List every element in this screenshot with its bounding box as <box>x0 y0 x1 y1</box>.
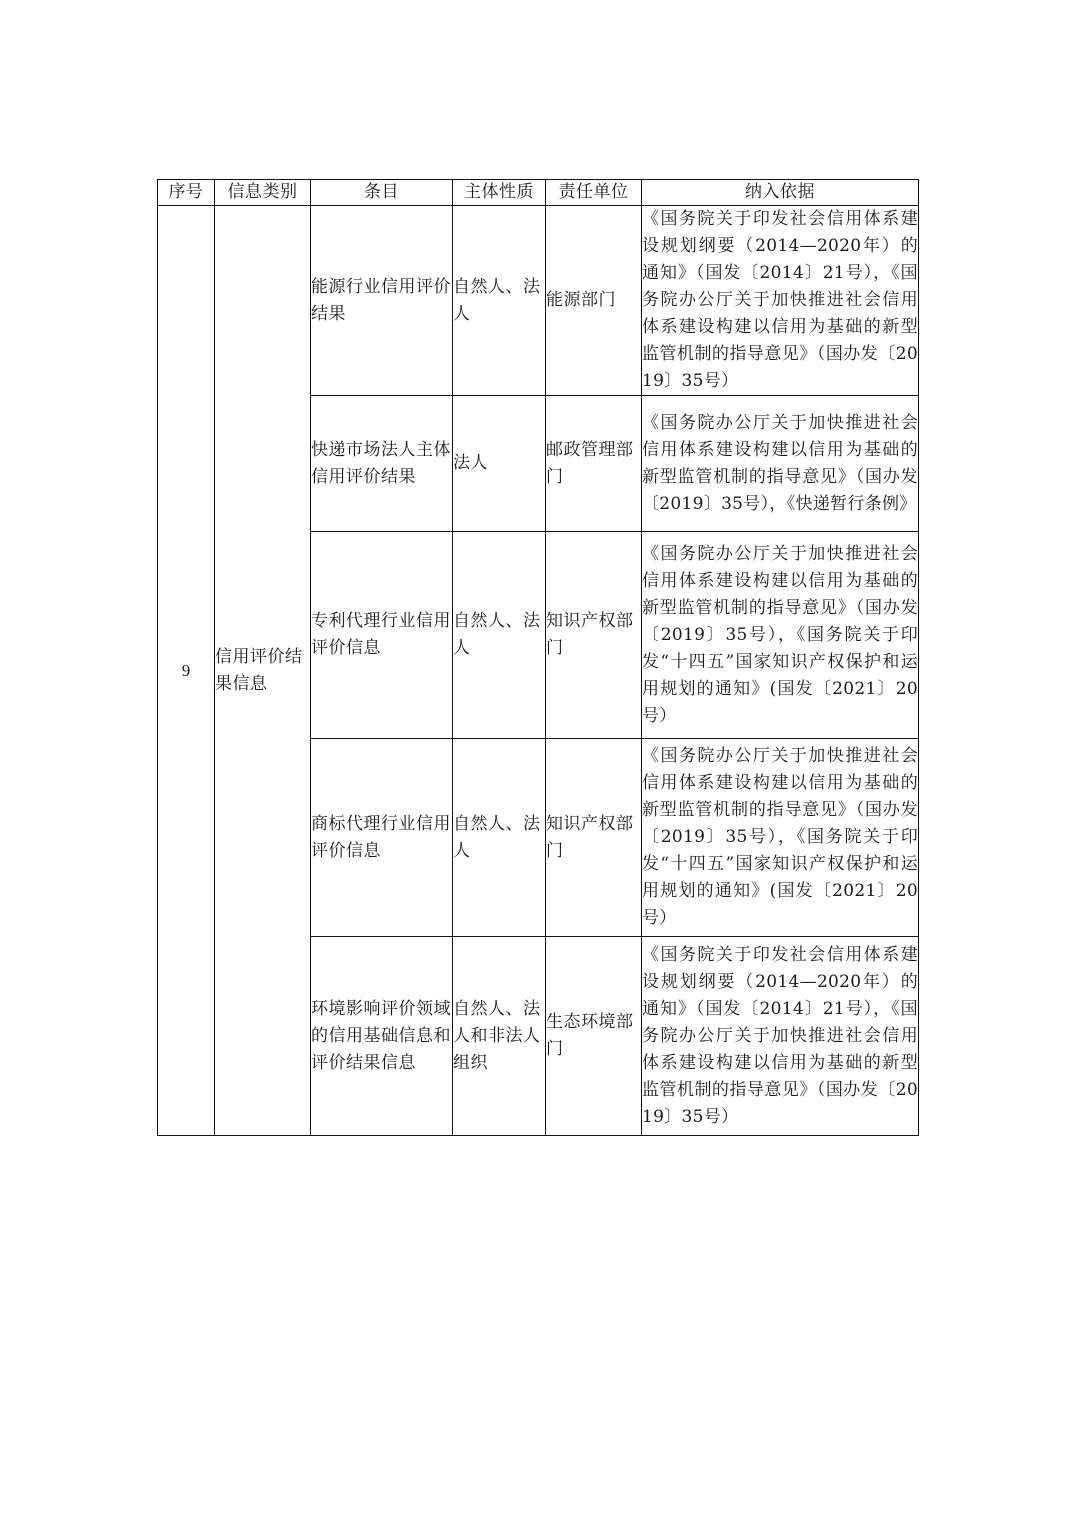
subject-cell: 自然人、法人 <box>453 206 546 396</box>
subject-cell: 自然人、法人和非法人组织 <box>453 937 546 1136</box>
header-unit: 责任单位 <box>546 180 642 206</box>
header-basis: 纳入依据 <box>642 180 919 206</box>
unit-cell: 知识产权部门 <box>546 739 642 937</box>
subject-cell: 法人 <box>453 396 546 532</box>
item-cell: 环境影响评价领域的信用基础信息和评价结果信息 <box>311 937 453 1136</box>
unit-cell: 邮政管理部门 <box>546 396 642 532</box>
unit-cell: 知识产权部门 <box>546 532 642 739</box>
unit-cell: 能源部门 <box>546 206 642 396</box>
header-item: 条目 <box>311 180 453 206</box>
basis-cell: 《国务院办公厅关于加快推进社会信用体系建设构建以信用为基础的新型监管机制的指导意… <box>642 739 919 937</box>
basis-cell: 《国务院办公厅关于加快推进社会信用体系建设构建以信用为基础的新型监管机制的指导意… <box>642 532 919 739</box>
item-cell: 专利代理行业信用评价信息 <box>311 532 453 739</box>
table-header-row: 序号 信息类别 条目 主体性质 责任单位 纳入依据 <box>158 180 919 206</box>
subject-cell: 自然人、法人 <box>453 532 546 739</box>
subject-cell: 自然人、法人 <box>453 739 546 937</box>
item-cell: 商标代理行业信用评价信息 <box>311 739 453 937</box>
item-cell: 快递市场法人主体信用评价结果 <box>311 396 453 532</box>
credit-info-table: 序号 信息类别 条目 主体性质 责任单位 纳入依据 9 信用评价结果信息 能源行… <box>157 179 919 1136</box>
table-row: 9 信用评价结果信息 能源行业信用评价结果 自然人、法人 能源部门 《国务院关于… <box>158 206 919 396</box>
category-cell: 信用评价结果信息 <box>215 206 311 1136</box>
document-page: 序号 信息类别 条目 主体性质 责任单位 纳入依据 9 信用评价结果信息 能源行… <box>0 0 1074 1520</box>
basis-cell: 《国务院关于印发社会信用体系建设规划纲要（2014—2020年）的通知》（国发〔… <box>642 206 919 396</box>
unit-cell: 生态环境部门 <box>546 937 642 1136</box>
header-subject: 主体性质 <box>453 180 546 206</box>
header-category: 信息类别 <box>215 180 311 206</box>
basis-cell: 《国务院办公厅关于加快推进社会信用体系建设构建以信用为基础的新型监管机制的指导意… <box>642 396 919 532</box>
item-cell: 能源行业信用评价结果 <box>311 206 453 396</box>
header-seq: 序号 <box>158 180 215 206</box>
seq-cell: 9 <box>158 206 215 1136</box>
basis-cell: 《国务院关于印发社会信用体系建设规划纲要（2014—2020年）的通知》（国发〔… <box>642 937 919 1136</box>
